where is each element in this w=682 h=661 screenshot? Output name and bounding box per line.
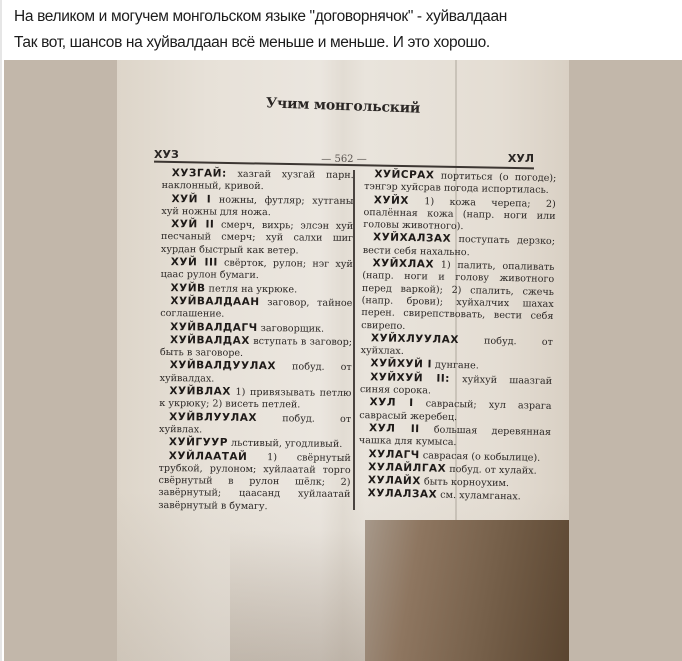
running-head: ХУЗ — 562 — ХУЛ: [154, 148, 534, 166]
entry-headword: ХУЙВ: [170, 282, 205, 294]
social-post: На великом и могучем монгольском языке "…: [0, 0, 682, 661]
post-photo[interactable]: Учим монгольский ХУЗ — 562 — ХУЛ ХУЗГАЙ:…: [4, 60, 682, 661]
dictionary-entry: ХУЙВЛАХ 1) привязывать петлю к укрюку; 2…: [159, 385, 351, 413]
post-text: На великом и могучем монгольском языке "…: [14, 4, 682, 56]
entry-definition: саврасая (о кобылице).: [423, 450, 541, 463]
entry-headword: ХУЛ II: [369, 422, 420, 435]
entry-headword: ХУЙХУЙ II:: [370, 371, 450, 385]
right-column: ХУЙСРАХ портиться (о погоде); тэнгэр хуй…: [358, 168, 557, 505]
dictionary-entry: ХУЙВЛУУЛАХ побуд. от хуйвлах.: [159, 411, 351, 439]
entry-headword: ХУЙЛААТАЙ: [169, 450, 248, 463]
entry-headword: ХУЙВАЛДАХ: [170, 334, 250, 347]
book-title: Учим монгольский: [117, 90, 569, 122]
post-line-1: На великом и могучем монгольском языке "…: [14, 4, 682, 30]
entry-headword: ХУЙХ: [374, 194, 409, 207]
entry-headword: ХУЙСРАХ: [374, 168, 434, 181]
dictionary-entry: ХУЙ III свёрток, рулон; нэг хуй цаас рул…: [161, 256, 353, 284]
entry-headword: ХУЙВЛАХ: [169, 385, 231, 398]
dictionary-entry: ХУЙХУЙ II: хуйхуй шаазгай синяя сорока.: [360, 371, 552, 401]
entry-headword: ХУЙВАЛДУУЛАХ: [170, 360, 276, 373]
entry-definition: дунгане.: [435, 360, 479, 372]
entry-headword: ХУЙХЛАХ: [372, 257, 434, 270]
entry-headword: ХУЙВАЛДААН: [170, 295, 259, 308]
entry-definition: петля на укрюке.: [209, 283, 298, 295]
dictionary-entry: ХУЙ II смерч, вихрь; элсэн хуй песчаный …: [161, 218, 353, 258]
dictionary-entry: ХУЙВАЛДУУЛАХ побуд. от хуйвалдах.: [160, 359, 352, 387]
dictionary-entry: ХУЛ I саврасый; хул азрага саврасый жере…: [359, 396, 551, 426]
entry-headword: ХУЙХЛУУЛАХ: [371, 332, 459, 346]
entry-definition: побуд. от хулайх.: [449, 464, 537, 477]
entry-headword: ХУЙ I: [171, 193, 211, 205]
dictionary-entry: ХУЛ II большая деревянная чашка для кумы…: [359, 422, 551, 452]
entry-headword: ХУЛАЛЗАХ: [368, 488, 438, 501]
entry-definition: заговорщик.: [261, 323, 325, 335]
entry-headword: ХУЙ III: [171, 256, 218, 268]
hand-shadow: [365, 520, 569, 661]
dictionary-entry: ХУЙВАЛДААН заговор, тайное соглашение.: [160, 295, 352, 323]
entry-headword: ХУЛ I: [369, 397, 413, 410]
post-line-2: Так вот, шансов на хуйвалдаан всё меньше…: [14, 30, 682, 56]
dictionary-entry: ХУЙХЛАХ 1) палить, опаливать (напр. ноги…: [361, 257, 555, 336]
entry-headword: ХУЙХАЛЗАХ: [373, 232, 451, 246]
dictionary-entry: ХУЙЛААТАЙ 1) свёрнутый трубкой, рулоном;…: [158, 450, 351, 514]
dictionary-entry: ХУЙСРАХ портиться (о погоде); тэнгэр хуй…: [364, 168, 556, 198]
running-head-right: ХУЛ: [508, 152, 534, 165]
entry-definition: быть корноухим.: [424, 476, 509, 489]
dictionary-entry: ХУЙ I ножны, футляр; хутганы хуй ножны д…: [161, 193, 353, 221]
entry-headword: ХУЙГУУР: [169, 436, 228, 449]
entry-headword: ХУЛАГЧ: [368, 448, 419, 461]
running-head-left: ХУЗ: [154, 148, 179, 161]
entry-definition: льстивый, угодливый.: [231, 438, 342, 450]
entry-headword: ХУЙ II: [171, 218, 214, 230]
entry-headword: ХУЙХУЙ I: [370, 358, 432, 371]
dictionary-entry: ХУЗГАЙ: хазгай хузгай парн. наклонный, к…: [162, 167, 354, 195]
entry-definition: 1) палить, опаливать (напр. ноги и голов…: [361, 260, 554, 332]
left-column: ХУЗГАЙ: хазгай хузгай парн. наклонный, к…: [158, 167, 354, 514]
column-divider: [353, 170, 355, 510]
entry-headword: ХУЛАЙХ: [368, 474, 421, 487]
dictionary-entry: ХУЙХ 1) кожа черепа; 2) опалённая кожа (…: [363, 194, 556, 236]
entry-headword: ХУЙВАЛДАГЧ: [170, 321, 258, 334]
entry-definition: см. хуламганах.: [440, 490, 521, 503]
entry-headword: ХУЛАЙЛГАХ: [368, 461, 446, 475]
dictionary-entry: ХУЙВАЛДАХ вступать в заговор; быть в заг…: [160, 334, 352, 362]
entry-headword: ХУЗГАЙ:: [172, 167, 227, 180]
entry-headword: ХУЙВЛУУЛАХ: [169, 411, 257, 424]
